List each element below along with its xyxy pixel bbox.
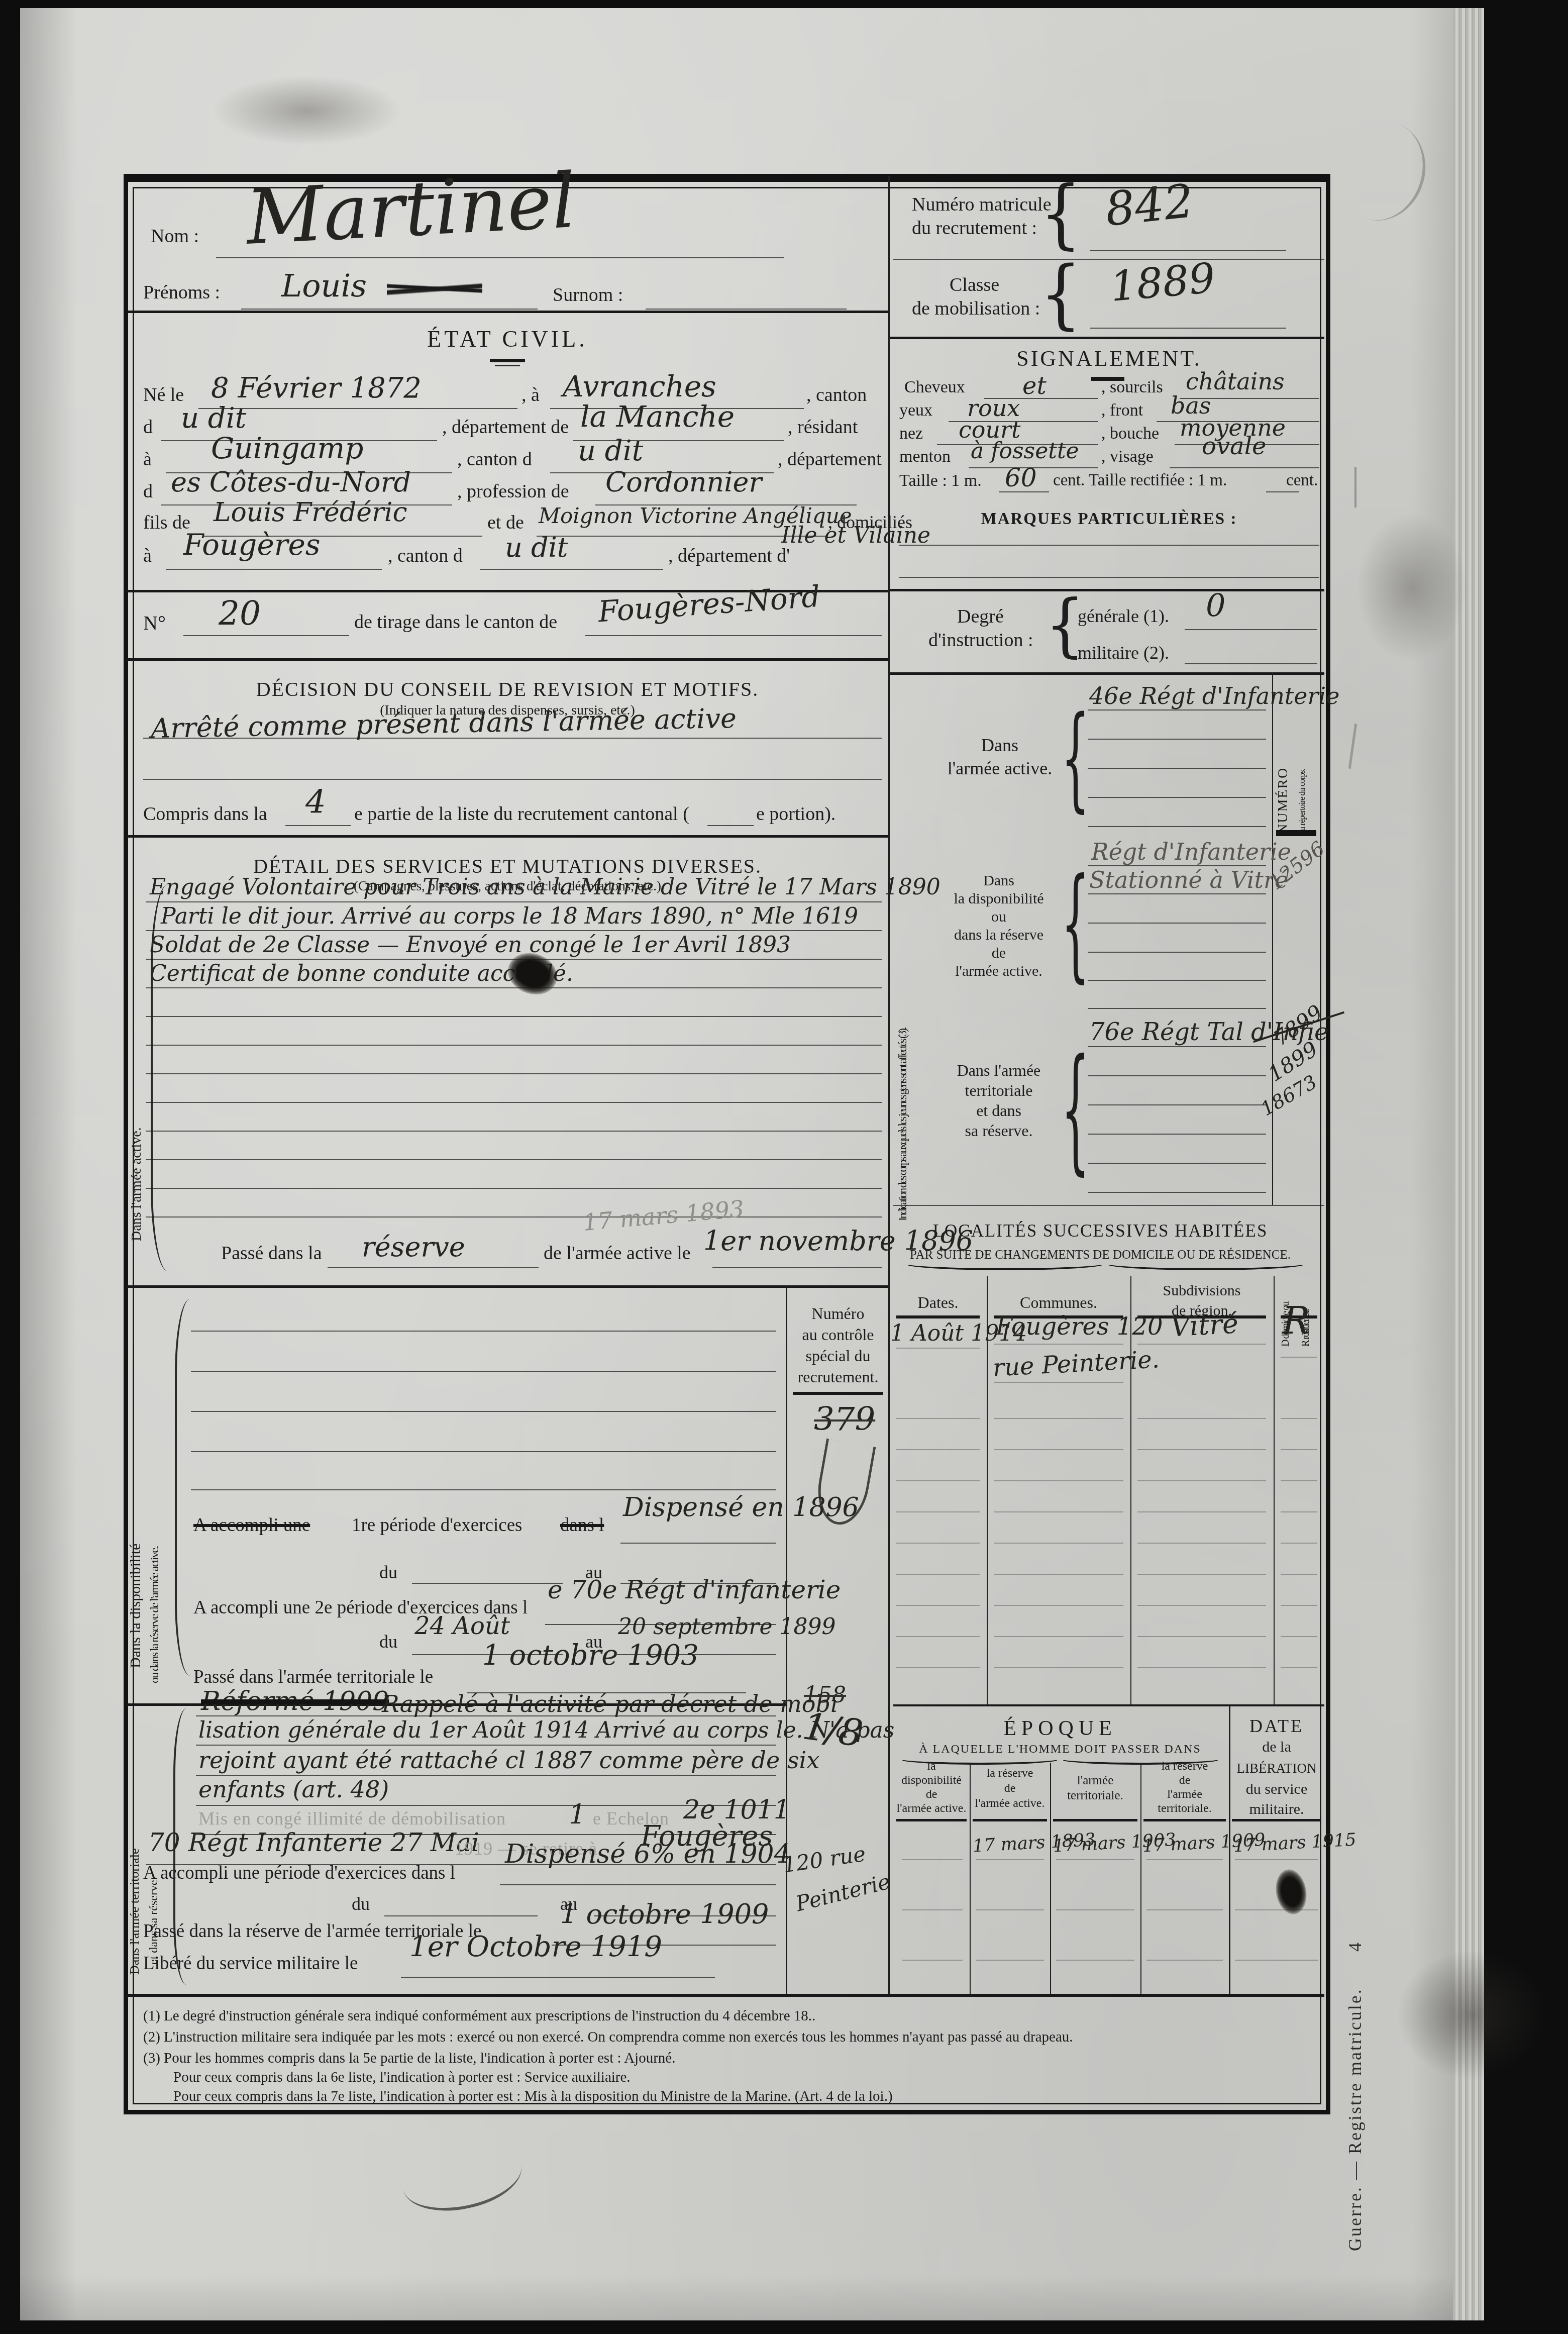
row-line: [1281, 1636, 1317, 1637]
classe-label-line1: Classe: [950, 274, 999, 296]
field-label: d: [143, 480, 153, 502]
section-rule: [127, 1285, 888, 1288]
terr-side-label-line1: Dans l'armée territoriale: [127, 1734, 142, 1975]
tirage-number-handwritten: 20: [219, 594, 261, 633]
curly-brace: {: [1061, 702, 1090, 816]
ruled-line: [1088, 826, 1266, 827]
epoque-col4-header: de: [1143, 1774, 1226, 1787]
ruled-line: [146, 1016, 882, 1017]
periode1-label-crossed: dans l: [560, 1514, 604, 1536]
ruled-line: [183, 635, 349, 636]
row-line: [976, 1859, 1044, 1860]
row-line: [1281, 1357, 1317, 1358]
field-label: à: [143, 448, 152, 470]
row-line: [896, 1348, 980, 1349]
instruction-label-line2: d'instruction :: [928, 629, 1033, 651]
ruled-line: [480, 569, 663, 570]
ruled-line: [1185, 663, 1317, 664]
passe-reserve-terr-value: 1 octobre 1909: [560, 1898, 769, 1930]
du-label: du: [379, 1631, 397, 1652]
compris-label: Compris dans la: [143, 803, 267, 825]
table-column-line: [970, 1763, 971, 1994]
ruled-line: [143, 738, 882, 739]
epoque-col2-header: l'armée active.: [973, 1797, 1047, 1810]
ruled-line: [712, 1267, 882, 1268]
classe-label-line2: de mobilisation :: [912, 297, 1040, 320]
section-rule: [127, 658, 888, 661]
row-line: [902, 1960, 963, 1961]
field-label: , sourcils: [1101, 378, 1163, 397]
title-divider: [495, 365, 520, 366]
field-label: à: [143, 545, 152, 567]
row-line: [976, 1960, 1044, 1961]
numero-strip-divider: [1272, 672, 1273, 1205]
row-line: [1137, 1449, 1266, 1450]
libere-value-handwritten: 1er Octobre 1919: [409, 1931, 662, 1963]
row-line: [896, 1605, 980, 1606]
service-entry-handwritten: Parti le dit jour. Arrivé au corps le 18…: [161, 903, 858, 929]
taille-label: Taille : 1 m.: [899, 471, 982, 490]
ink-smudge: [1397, 1950, 1547, 2080]
col-header-dates: Dates.: [896, 1293, 980, 1312]
title-divider: [490, 359, 525, 362]
ruled-line: [1090, 250, 1286, 251]
ruled-line: [620, 1543, 776, 1544]
strip-separator-bar: [1276, 830, 1316, 836]
generale-label: générale (1).: [1078, 605, 1169, 627]
row-line: [1137, 1511, 1266, 1512]
row-line: [976, 1909, 1044, 1910]
row-line: [1281, 1667, 1317, 1668]
ruled-line: [1185, 629, 1317, 630]
epoque-col4-header: territoriale.: [1143, 1802, 1226, 1815]
paper-stain: [211, 75, 402, 146]
row-line: [994, 1418, 1123, 1419]
controle-label: au contrôle: [790, 1326, 886, 1344]
field-label: Né le: [143, 384, 184, 406]
ruled-line: [1090, 328, 1286, 329]
row-line: [1056, 1909, 1134, 1910]
ruled-line: [191, 1411, 776, 1412]
footnote-rule: [127, 1994, 1324, 1997]
header-rule: [793, 1392, 883, 1395]
ruled-line: [1088, 1046, 1266, 1047]
passe-territoriale-label: Passé dans l'armée territoriale le: [193, 1666, 433, 1688]
row-line: [994, 1543, 1123, 1544]
footnote-5: Pour ceux compris dans la 7e liste, l'in…: [173, 2088, 893, 2105]
ruled-line: [146, 930, 882, 931]
ruled-line: [1088, 1104, 1266, 1105]
field-value-handwritten: Avranches: [563, 369, 716, 403]
field-label: , canton: [806, 384, 867, 406]
row-line: [994, 1449, 1123, 1450]
col-header-communes: Communes.: [994, 1293, 1123, 1312]
du-label: du: [352, 1893, 370, 1914]
etat-civil-title: ÉTAT CIVIL.: [301, 326, 713, 352]
row-line: [1137, 1574, 1266, 1575]
ruled-line: [1088, 1163, 1266, 1164]
field-value-handwritten: u dit: [578, 435, 643, 467]
row-line: [1235, 1859, 1318, 1860]
ruled-line: [146, 1159, 882, 1160]
row-line: [1137, 1480, 1266, 1481]
ruled-line: [143, 779, 882, 780]
corps-active-label: l'armée active.: [934, 758, 1065, 779]
ruled-line: [1170, 467, 1319, 468]
crossed-entry: Réformé 1909: [201, 1686, 389, 1716]
field-label: , département de: [442, 416, 569, 438]
controle-label: Numéro: [790, 1304, 886, 1323]
section-rule: [890, 337, 1324, 339]
ruled-line: [146, 901, 882, 902]
margin-number-crossed: 158: [804, 1682, 846, 1708]
row-line: [994, 1636, 1123, 1637]
field-value-handwritten: Louis Frédéric: [214, 497, 407, 528]
ruled-line: [1088, 709, 1266, 711]
service-entry-handwritten: Soldat de 2e Classe — Envoyé en congé le…: [150, 932, 791, 958]
row-line: [1281, 1605, 1317, 1606]
corps-dispo-label: de: [933, 945, 1064, 962]
passe-reserve-label: de l'armée active le: [544, 1242, 691, 1264]
row-line: [896, 1480, 980, 1481]
decision-title: DÉCISION DU CONSEIL DE REVISION ET MOTIF…: [176, 677, 839, 701]
curly-brace: {: [1061, 1043, 1090, 1178]
field-label: , visage: [1101, 447, 1154, 466]
ruled-line: [401, 1977, 715, 1978]
ruled-line: [146, 1073, 882, 1074]
margin-imprint: Guerre. — Registre matricule. 4: [1344, 1749, 1366, 2251]
ruled-line: [412, 1583, 563, 1584]
row-divider: [893, 259, 1324, 260]
corps-dispo-label: la disponibilité: [933, 890, 1064, 907]
ruled-line: [166, 569, 382, 570]
margin-brace-arc: [175, 1299, 190, 1676]
field-value-handwritten: u dit: [181, 402, 246, 435]
row-line: [1281, 1480, 1317, 1481]
footnote-1: (1) Le degré d'instruction générale sera…: [143, 2008, 815, 2024]
du-value-handwritten: 24 Août: [414, 1612, 510, 1640]
row-line: [902, 1859, 963, 1860]
au-value-handwritten: 20 septembre 1899: [618, 1614, 835, 1640]
row-line: [1137, 1344, 1266, 1345]
ruled-line: [500, 1884, 776, 1885]
row-line: [1281, 1511, 1317, 1512]
row-line: [896, 1449, 980, 1450]
epoque-col1-header: la: [896, 1760, 967, 1773]
row-line: [994, 1344, 1123, 1345]
corps-terr-label: sa réserve.: [933, 1122, 1064, 1140]
ruled-line: [1088, 1192, 1266, 1193]
field-value-handwritten: Fougères: [183, 528, 321, 562]
row-line: [1235, 1909, 1318, 1910]
taille-label: cent.: [1286, 471, 1318, 490]
field-label: menton: [899, 447, 951, 466]
date-header: DATE: [1232, 1715, 1321, 1737]
prenoms-label: Prénoms :: [143, 281, 220, 303]
header-rule: [896, 1819, 967, 1821]
periode2-value-handwritten: e 70e Régt d'infanterie: [548, 1575, 841, 1604]
field-value-handwritten: la Manche: [580, 399, 735, 434]
taille-value-handwritten: 60: [1005, 463, 1037, 492]
curly-brace: {: [1040, 176, 1082, 251]
epoque-col3-header: l'armée: [1053, 1774, 1137, 1788]
footnote-4: Pour ceux compris dans la 6e liste, l'in…: [173, 2069, 631, 2086]
table-column-line: [1050, 1763, 1051, 1994]
date-header: du service: [1232, 1781, 1321, 1798]
epoque-col1-header: l'armée active.: [896, 1802, 967, 1815]
ruled-line: [191, 1331, 776, 1332]
ruled-line: [146, 1102, 882, 1103]
footnote-2: (2) L'instruction militaire sera indiqué…: [143, 2029, 1073, 2046]
epoque-col1-header: disponibilité: [896, 1774, 967, 1787]
ruled-line: [1088, 923, 1266, 924]
demobilisation-stamp: Mis en congé illimité de démobilisation: [198, 1808, 506, 1829]
epoque-col3-header: territoriale.: [1053, 1789, 1137, 1803]
ruled-line: [384, 1915, 538, 1916]
militaire-label: militaire (2).: [1078, 642, 1169, 663]
prenoms-value-handwritten: Louis: [281, 267, 367, 304]
periode1-label: 1re période d'exercices: [352, 1514, 522, 1536]
row-line: [896, 1667, 980, 1668]
margin-imprint-number: 4: [1345, 1941, 1365, 1952]
regiment-handwritten: 70 Régt Infanterie 27 Mai: [148, 1828, 479, 1857]
row-line: [1137, 1667, 1266, 1668]
ruled-line: [1088, 768, 1266, 769]
nom-label: Nom :: [151, 225, 199, 247]
row-line: [896, 1543, 980, 1544]
curly-brace: {: [1061, 864, 1090, 986]
terr-entry-handwritten: rejoint ayant été rattaché cl 1887 comme…: [198, 1747, 819, 1774]
row-line: [896, 1574, 980, 1575]
row-line: [1146, 1909, 1223, 1910]
nom-value-handwritten: Martinel: [244, 157, 578, 262]
header-rule: [973, 1819, 1047, 1821]
row-line: [1056, 1960, 1134, 1961]
ruled-line: [146, 1216, 882, 1217]
localites-commune: Fougères 120: [996, 1312, 1163, 1341]
row-line: [1281, 1449, 1317, 1450]
ruled-line: [899, 545, 1319, 546]
row-line: [994, 1480, 1123, 1481]
date-header: de la: [1232, 1739, 1321, 1756]
date-header: militaire.: [1232, 1801, 1321, 1818]
corps-dispo-value: Régt d'Infanterie: [1091, 838, 1291, 865]
ruled-line: [196, 1745, 776, 1746]
table-column-line: [1274, 1276, 1275, 1704]
row-line: [1281, 1418, 1317, 1419]
field-label: , bouche: [1101, 424, 1159, 443]
section-rule: [127, 311, 888, 313]
ruled-line: [1266, 491, 1299, 492]
field-label: , canton d: [457, 448, 532, 470]
field-label: Cheveux: [904, 378, 965, 397]
ruled-line: [146, 1045, 882, 1046]
epoque-col2-header: de: [973, 1782, 1047, 1795]
ruled-line: [646, 309, 847, 310]
field-value-handwritten: Cordonnier: [605, 466, 762, 498]
row-line: [994, 1605, 1123, 1606]
row-line: [896, 1511, 980, 1512]
passe-reserve-value: réserve: [362, 1231, 465, 1263]
passe-territoriale-value: 1 octobre 1903: [482, 1639, 699, 1672]
localites-dr-flag: R: [1282, 1299, 1310, 1343]
field-value-handwritten: 8 Février 1872: [211, 372, 422, 404]
ruled-line: [1088, 893, 1266, 894]
field-value-handwritten: ovale: [1202, 432, 1266, 460]
row-line: [1137, 1636, 1266, 1637]
tirage-label: N°: [143, 611, 166, 635]
corps-terr-label: territoriale: [933, 1081, 1064, 1100]
row-line: [1281, 1543, 1317, 1544]
strip-divider: [786, 1285, 787, 1994]
terr-entry-handwritten: Rappelé à l'activité par décret de mobi: [382, 1690, 838, 1717]
ruled-line: [146, 1131, 882, 1132]
row-line: [902, 1909, 963, 1910]
ruled-line: [146, 987, 882, 988]
ruled-line: [191, 1371, 776, 1372]
controle-value-crossed: 379: [814, 1401, 875, 1438]
ruled-line: [1088, 797, 1266, 798]
ruled-line: [1088, 1008, 1266, 1009]
table-column-line: [1140, 1763, 1141, 1994]
matricule-label-line1: Numéro matricule: [912, 193, 1052, 216]
corps-dispo-label: dans la réserve: [933, 927, 1064, 944]
corps-dispo-value: Stationné à Vitré: [1089, 866, 1288, 893]
ruled-line: [191, 1451, 776, 1452]
echelon-number-handwritten: 1: [569, 1799, 586, 1831]
footnote-3: (3) Pour les hommes compris dans la 5e p…: [143, 2050, 675, 2067]
header-rule: [1232, 1819, 1321, 1821]
row-line: [994, 1667, 1123, 1668]
wavy-divider: [1105, 1257, 1306, 1270]
ruled-line: [198, 408, 517, 409]
ruled-line: [585, 635, 882, 636]
terr-entry-handwritten: lisation générale du 1er Août 1914 Arriv…: [198, 1717, 894, 1743]
field-label: , front: [1101, 401, 1143, 420]
paper-stain: [1356, 513, 1467, 663]
matricule-value-handwritten: 842: [1103, 174, 1196, 237]
corps-vertical-label: Indication des corps auxquels les jeunes…: [896, 678, 909, 1221]
dispo-side-label-line2: ou dans la réserve de l'armée active.: [148, 1301, 162, 1683]
passe-reserve-label: Passé dans la: [221, 1242, 322, 1264]
compris-value-handwritten: 4: [305, 784, 326, 821]
generale-value-handwritten: 0: [1206, 587, 1225, 624]
corps-dispo-label: Dans: [933, 872, 1064, 889]
crossed-out-word: [387, 275, 482, 301]
epoque-col1-header: de: [896, 1788, 967, 1801]
field-value-handwritten: châtains: [1186, 368, 1285, 395]
epoque-col4-header: la réserve: [1143, 1760, 1226, 1773]
field-value-handwritten: Guingamp: [211, 431, 363, 465]
matricule-label-line2: du recrutement :: [912, 217, 1037, 239]
row-line: [1146, 1960, 1223, 1961]
ruled-line: [1088, 1075, 1266, 1076]
ruled-line: [285, 825, 351, 826]
surnom-label: Surnom :: [553, 284, 623, 306]
ruled-line: [1088, 739, 1266, 740]
marques-title: MARQUES PARTICULIÈRES :: [904, 510, 1314, 529]
section-rule: [893, 1704, 1324, 1706]
ruled-line: [146, 1188, 882, 1189]
field-label: d: [143, 416, 153, 438]
instruction-label-line1: Degré: [957, 605, 1004, 628]
row-line: [896, 1418, 980, 1419]
services-side-label: Dans l'armée active.: [129, 960, 145, 1241]
row-line: [994, 1574, 1123, 1575]
epoque-title: ÉPOQUE: [899, 1716, 1221, 1741]
field-value-handwritten: et: [1022, 372, 1047, 400]
date-header: LIBÉRATION: [1232, 1761, 1321, 1776]
header-rule: [896, 1315, 980, 1318]
libere-label: Libéré du service militaire le: [143, 1953, 358, 1974]
ruled-line: [899, 577, 1319, 578]
field-value-handwritten: à fossette: [971, 438, 1079, 464]
ruled-line: [1088, 952, 1266, 953]
localites-subdivision: Vitré: [1170, 1308, 1239, 1343]
header-rule: [1053, 1819, 1137, 1821]
epoque-col2-header: la réserve: [973, 1767, 1047, 1780]
periode-label: A accompli une période d'exercices dans …: [143, 1862, 455, 1884]
row-line: [1056, 1859, 1134, 1860]
field-label: , département: [778, 448, 882, 470]
ruled-line: [241, 309, 538, 310]
field-label: , résidant: [788, 416, 858, 438]
row-line: [1146, 1859, 1223, 1860]
terr-entry-handwritten: enfants (art. 48): [198, 1776, 389, 1803]
ruled-line: [191, 1489, 776, 1490]
field-value-handwritten: es Côtes-du-Nord: [171, 466, 411, 498]
periode1-label-crossed: A accompli une: [193, 1514, 310, 1536]
epoque-col4-header: l'armée: [1143, 1788, 1226, 1801]
header-rule: [1143, 1819, 1226, 1821]
ruled-line: [328, 1267, 539, 1268]
du-label: du: [379, 1562, 397, 1583]
ruled-line: [196, 1715, 776, 1716]
curly-brace: {: [1040, 256, 1082, 332]
ruled-line: [1088, 1134, 1266, 1135]
field-label: , canton d: [388, 545, 463, 567]
periode-value-handwritten: Dispensé 6% en 1904: [505, 1839, 791, 1869]
wavy-divider: [904, 1257, 1105, 1270]
field-value-handwritten: u dit: [505, 532, 568, 563]
row-line: [994, 1382, 1123, 1383]
field-label: , à: [521, 384, 540, 406]
pencil-mark: [1354, 467, 1356, 508]
section-top-rule: [893, 1205, 1324, 1206]
field-label: yeux: [899, 401, 932, 420]
ruled-line: [1088, 980, 1266, 981]
compris-label: e portion).: [756, 803, 835, 825]
row-line: [1137, 1418, 1266, 1419]
col-header-subdiv: Subdivisions: [1137, 1282, 1266, 1299]
row-line: [1281, 1574, 1317, 1575]
corps-dispo-label: ou: [933, 908, 1064, 926]
compris-label: e partie de la liste du recrutement cant…: [354, 803, 689, 825]
row-line: [1137, 1605, 1266, 1606]
row-line: [1235, 1960, 1318, 1961]
taille-label: cent. Taille rectifiée : 1 m.: [1053, 471, 1227, 490]
classe-value-handwritten: 1889: [1108, 254, 1217, 311]
row-line: [896, 1636, 980, 1637]
row-line: [994, 1511, 1123, 1512]
section-rule: [890, 589, 1324, 591]
field-label: et de: [487, 512, 524, 534]
controle-label: recrutement.: [790, 1368, 886, 1386]
field-label: , profession de: [457, 480, 569, 502]
scanned-register-page: Nom : Martinel Prénoms : Louis Surnom : …: [0, 0, 1568, 2334]
row-line: [1137, 1543, 1266, 1544]
tirage-label: de tirage dans le canton de: [354, 611, 557, 633]
